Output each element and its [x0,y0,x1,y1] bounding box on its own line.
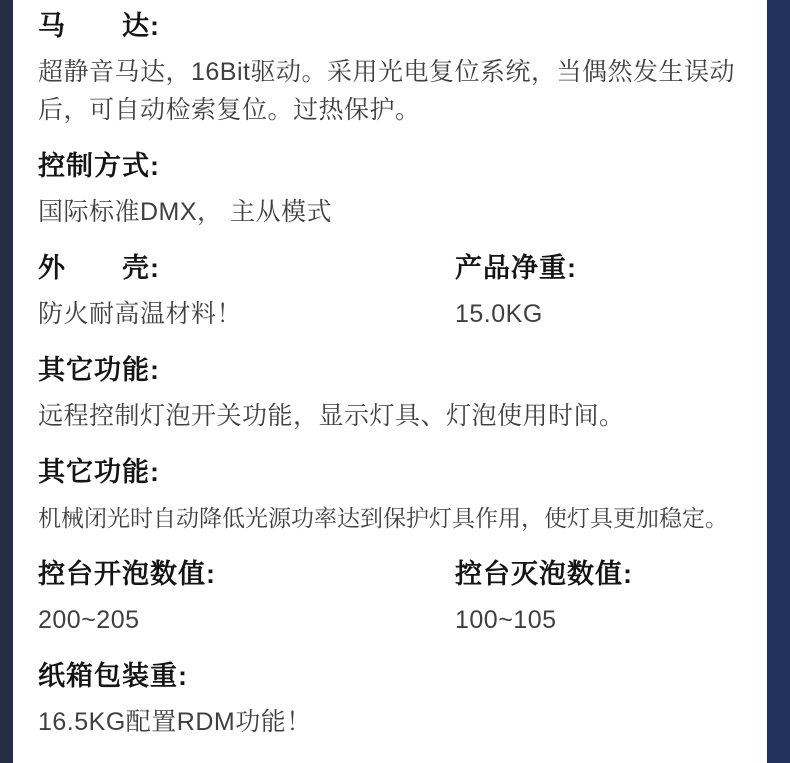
other-functions-2-heading: 其它功能: [38,454,765,490]
bulb-on-body: 200~205 [38,601,455,639]
shell-column: 外 壳: 防火耐高温材料！ [38,250,455,333]
carton-weight-heading: 纸箱包装重: [38,658,765,694]
other-functions-2-body: 机械闭光时自动降低光源功率达到保护灯具作用，使灯具更加稳定。 [38,499,765,537]
shell-heading: 外 壳: [38,250,455,286]
bulb-off-column: 控台灭泡数值: 100~105 [455,556,765,639]
shell-body: 防火耐高温材料！ [38,295,455,333]
other-functions-1-heading: 其它功能: [38,352,765,388]
net-weight-column: 产品净重: 15.0KG [455,250,765,333]
carton-weight-body: 16.5KG配置RDM功能！ [38,703,765,741]
bulb-off-body: 100~105 [455,601,765,639]
spec-sheet: 马 达: 超静音马达，16Bit驱动。采用光电复位系统，当偶然发生误动后，可自动… [13,0,767,763]
right-border-bar [767,0,790,763]
bulb-on-column: 控台开泡数值: 200~205 [38,556,455,639]
section-control-mode: 控制方式: 国际标准DMX， 主从模式 [38,148,765,231]
motor-heading: 马 达: [38,8,765,44]
net-weight-heading: 产品净重: [455,250,765,286]
section-other-functions-1: 其它功能: 远程控制灯泡开关功能，显示灯具、灯泡使用时间。 [38,352,765,435]
section-carton-weight: 纸箱包装重: 16.5KG配置RDM功能！ [38,658,765,741]
motor-body: 超静音马达，16Bit驱动。采用光电复位系统，当偶然发生误动后，可自动检索复位。… [38,53,765,129]
left-border-bar [0,0,13,763]
other-functions-1-body: 远程控制灯泡开关功能，显示灯具、灯泡使用时间。 [38,397,765,435]
bulb-off-heading: 控台灭泡数值: [455,556,765,592]
net-weight-body: 15.0KG [455,295,765,333]
control-mode-heading: 控制方式: [38,148,765,184]
section-motor: 马 达: 超静音马达，16Bit驱动。采用光电复位系统，当偶然发生误动后，可自动… [38,8,765,129]
section-shell-and-weight: 外 壳: 防火耐高温材料！ 产品净重: 15.0KG [38,250,765,333]
section-other-functions-2: 其它功能: 机械闭光时自动降低光源功率达到保护灯具作用，使灯具更加稳定。 [38,454,765,537]
control-mode-body: 国际标准DMX， 主从模式 [38,193,765,231]
section-console-values: 控台开泡数值: 200~205 控台灭泡数值: 100~105 [38,556,765,639]
bulb-on-heading: 控台开泡数值: [38,556,455,592]
